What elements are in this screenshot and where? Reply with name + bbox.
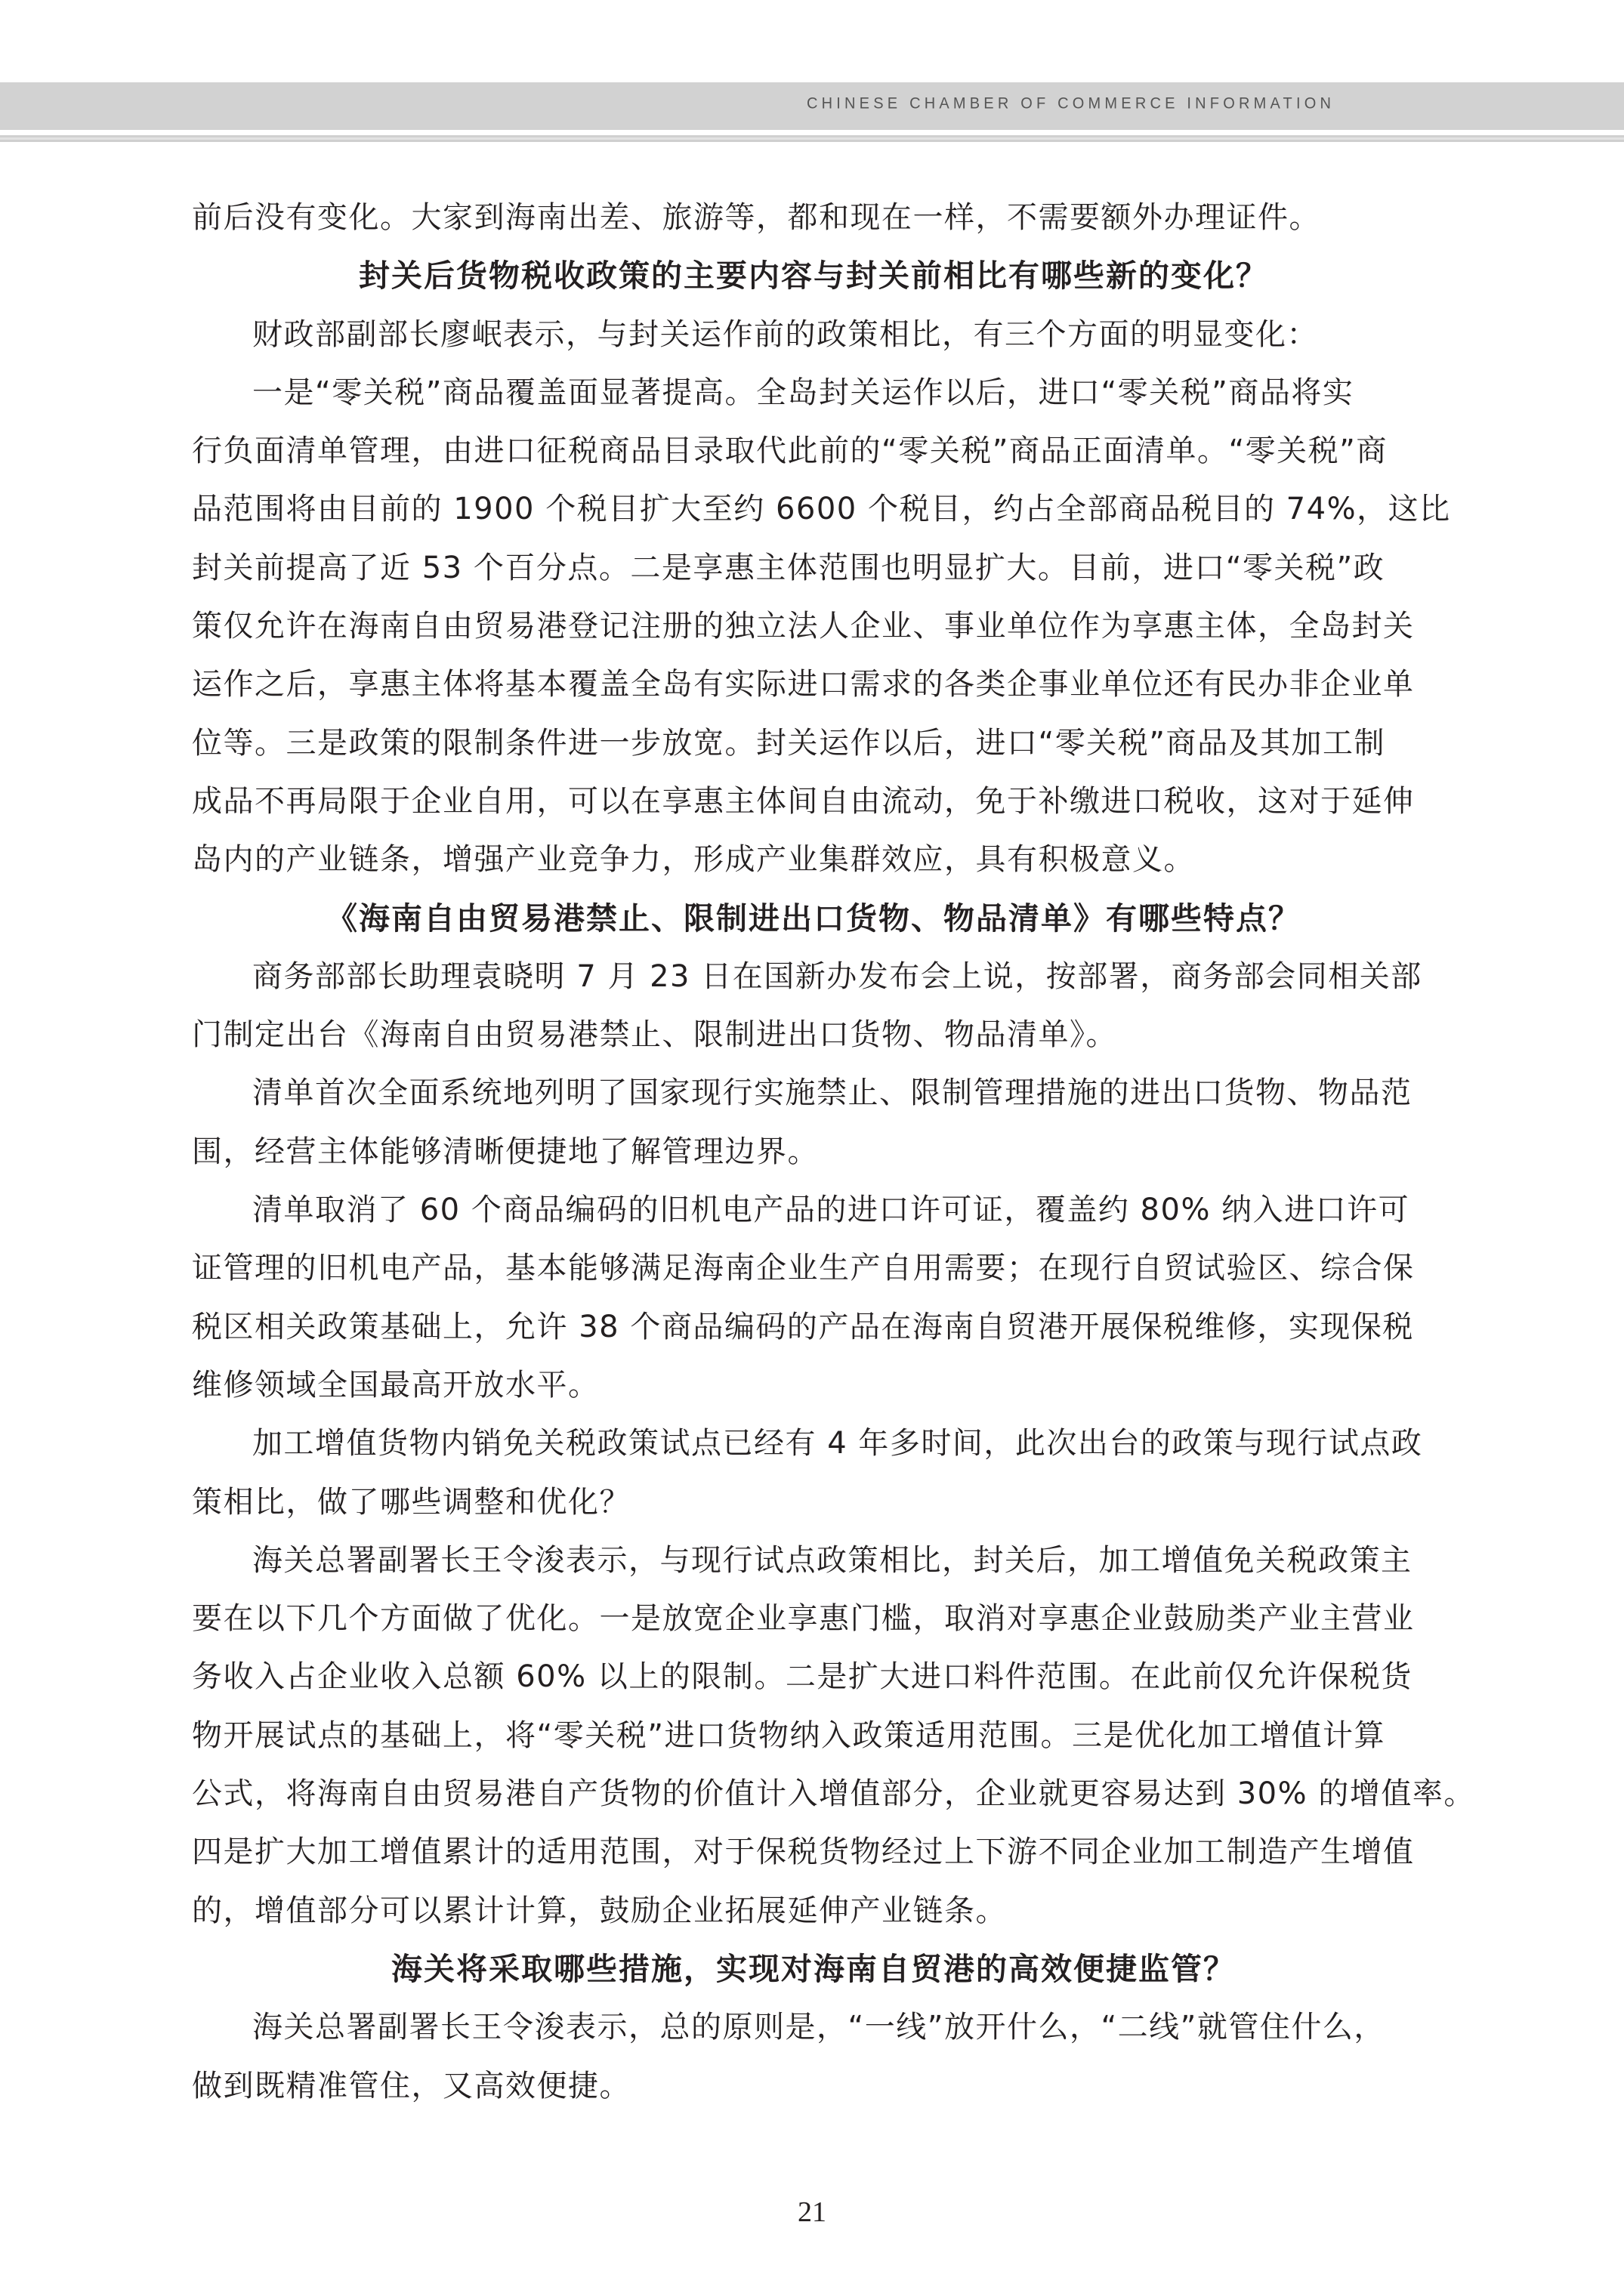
section-heading: 《海南自由贸易港禁止、限制进出口货物、物品清单》有哪些特点？ (192, 890, 1435, 948)
paragraph-line: 海关总署副署长王令浚表示，与现行试点政策相比，封关后，加工增值免关税政策主 (192, 1532, 1435, 1590)
paragraph-line: 清单首次全面系统地列明了国家现行实施禁止、限制管理措施的进出口货物、物品范 (192, 1064, 1435, 1122)
paragraph-line: 运作之后，享惠主体将基本覆盖全岛有实际进口需求的各类企事业单位还有民办非企业单 (192, 656, 1435, 714)
paragraph-line: 清单取消了 60 个商品编码的旧机电产品的进口许可证，覆盖约 80% 纳入进口许… (192, 1181, 1435, 1239)
article-body: 前后没有变化。大家到海南出差、旅游等，都和现在一样，不需要额外办理证件。 封关后… (192, 189, 1435, 2116)
paragraph-line: 行负面清单管理，由进口征税商品目录取代此前的“零关税”商品正面清单。“零关税”商 (192, 422, 1435, 480)
paragraph-line: 门制定出台《海南自由贸易港禁止、限制进出口货物、物品清单》。 (192, 1006, 1435, 1064)
section-heading: 海关将采取哪些措施，实现对海南自贸港的高效便捷监管？ (192, 1940, 1435, 1998)
paragraph-line: 封关前提高了近 53 个百分点。二是享惠主体范围也明显扩大。目前，进口“零关税”… (192, 539, 1435, 597)
paragraph-line: 税区相关政策基础上，允许 38 个商品编码的产品在海南自贸港开展保税维修，实现保… (192, 1298, 1435, 1356)
paragraph-line: 策仅允许在海南自由贸易港登记注册的独立法人企业、事业单位作为享惠主体，全岛封关 (192, 597, 1435, 656)
page-number: 21 (0, 2196, 1624, 2229)
paragraph-line: 前后没有变化。大家到海南出差、旅游等，都和现在一样，不需要额外办理证件。 (192, 189, 1435, 247)
paragraph-line: 做到既精准管住，又高效便捷。 (192, 2057, 1435, 2116)
paragraph-line: 位等。三是政策的限制条件进一步放宽。封关运作以后，进口“零关税”商品及其加工制 (192, 714, 1435, 773)
paragraph-line: 要在以下几个方面做了优化。一是放宽企业享惠门槛，取消对享惠企业鼓励类产业主营业 (192, 1590, 1435, 1648)
paragraph-line: 商务部部长助理袁晓明 7 月 23 日在国新办发布会上说，按部署，商务部会同相关… (192, 948, 1435, 1006)
paragraph-line: 证管理的旧机电产品，基本能够满足海南企业生产自用需要；在现行自贸试验区、综合保 (192, 1239, 1435, 1298)
paragraph-line: 岛内的产业链条，增强产业竞争力，形成产业集群效应，具有积极意义。 (192, 831, 1435, 889)
running-header-title: CHINESE CHAMBER OF COMMERCE INFORMATION (807, 94, 1335, 113)
header-divider-stripe (0, 135, 1624, 142)
paragraph-line: 公式，将海南自由贸易港自产货物的价值计入增值部分，企业就更容易达到 30% 的增… (192, 1765, 1435, 1823)
paragraph-line: 围，经营主体能够清晰便捷地了解管理边界。 (192, 1123, 1435, 1181)
paragraph-line: 海关总署副署长王令浚表示，总的原则是，“一线”放开什么，“二线”就管住什么， (192, 1998, 1435, 2057)
paragraph-line: 一是“零关税”商品覆盖面显著提高。全岛封关运作以后，进口“零关税”商品将实 (192, 364, 1435, 422)
paragraph-line: 成品不再局限于企业自用，可以在享惠主体间自由流动，免于补缴进口税收，这对于延伸 (192, 773, 1435, 831)
paragraph-line: 的，增值部分可以累计计算，鼓励企业拓展延伸产业链条。 (192, 1882, 1435, 1940)
paragraph-line: 四是扩大加工增值累计的适用范围，对于保税货物经过上下游不同企业加工制造产生增值 (192, 1823, 1435, 1881)
paragraph-line: 加工增值货物内销免关税政策试点已经有 4 年多时间，此次出台的政策与现行试点政 (192, 1415, 1435, 1473)
paragraph-line: 财政部副部长廖岷表示，与封关运作前的政策相比，有三个方面的明显变化： (192, 306, 1435, 364)
paragraph-line: 物开展试点的基础上，将“零关税”进口货物纳入政策适用范围。三是优化加工增值计算 (192, 1707, 1435, 1765)
section-heading: 封关后货物税收政策的主要内容与封关前相比有哪些新的变化？ (192, 247, 1435, 305)
paragraph-line: 品范围将由目前的 1900 个税目扩大至约 6600 个税目，约占全部商品税目的… (192, 480, 1435, 539)
paragraph-line: 策相比，做了哪些调整和优化？ (192, 1474, 1435, 1532)
paragraph-line: 维修领域全国最高开放水平。 (192, 1356, 1435, 1415)
paragraph-line: 务收入占企业收入总额 60% 以上的限制。二是扩大进口料件范围。在此前仅允许保税… (192, 1648, 1435, 1706)
